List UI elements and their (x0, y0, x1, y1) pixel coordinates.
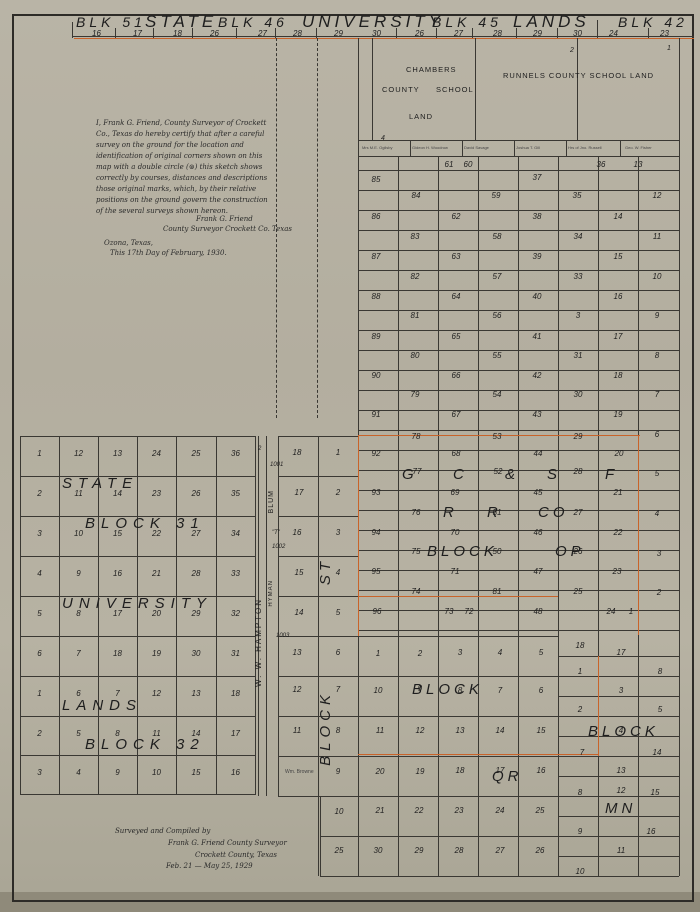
section-number: 12 (152, 690, 161, 698)
section-number: 24 (607, 608, 616, 616)
section-number: 14 (496, 727, 505, 735)
section-number: 24 (496, 807, 505, 815)
section-number: 20 (615, 450, 624, 458)
chambers-label-3: SCHOOL (436, 86, 474, 94)
section-number: 71 (451, 568, 460, 576)
section-number: 65 (452, 333, 461, 341)
section-number: 60 (464, 161, 473, 169)
section-number: 46 (534, 529, 543, 537)
grid-line (278, 556, 358, 557)
section-number: 35 (573, 192, 582, 200)
grid-line (358, 530, 679, 531)
header-lands: LANDS (513, 13, 590, 30)
grid-line (358, 630, 679, 631)
section-number: 4 (37, 570, 41, 578)
block-label: BLOCK 32 (85, 737, 205, 752)
section-number: 96 (373, 608, 382, 616)
section-number: 4 (76, 769, 80, 777)
section-number: 27 (496, 847, 505, 855)
grid-line (358, 330, 679, 331)
grid-line (598, 156, 599, 636)
grid-line (358, 490, 679, 491)
grid-line (358, 636, 558, 637)
section-number: 69 (451, 489, 460, 497)
section-number: 10 (576, 868, 585, 876)
section-number: 2 (578, 706, 582, 714)
header-section-number: 27 (454, 30, 463, 38)
grid-line (358, 250, 679, 251)
section-number: 7 (498, 687, 502, 695)
section-number: 29 (574, 433, 583, 441)
section-number: 18 (231, 690, 240, 698)
grid-line (358, 716, 558, 717)
corner-number: 1 (667, 45, 671, 52)
section-number: 2 (37, 490, 41, 498)
section-number: 20 (376, 768, 385, 776)
section-number: 15 (614, 253, 623, 261)
grid-line (358, 570, 679, 571)
section-number: 67 (452, 411, 461, 419)
section-number: 3 (37, 769, 41, 777)
header-university: UNIVERSITY (302, 13, 444, 30)
section-number: 13 (192, 690, 201, 698)
section-number: 10 (74, 530, 83, 538)
section-number: 18 (576, 642, 585, 650)
block-label: STATE (62, 476, 138, 491)
section-number: 11 (293, 727, 301, 735)
certificate-text: I, Frank G. Friend, County Surveyor of C… (96, 118, 272, 217)
section-number: 35 (231, 490, 240, 498)
grantee-name: Hrs of Jno. Russell (568, 146, 602, 150)
block-label: & (505, 467, 519, 482)
section-number: 36 (597, 161, 606, 169)
grid-line (358, 450, 679, 451)
section-number: 62 (452, 213, 461, 221)
section-number: 93 (372, 489, 381, 497)
section-number: 64 (452, 293, 461, 301)
section-number: 3 (619, 687, 623, 695)
section-number: 30 (374, 847, 383, 855)
grid-line (438, 156, 439, 636)
section-number: 21 (614, 489, 623, 497)
section-number: 18 (456, 767, 465, 775)
grid-line (566, 140, 567, 156)
grid-line (20, 436, 21, 794)
header-blk-45: BLK 45 (432, 15, 502, 29)
grantee-name: Mrs M.E. Ogilsby (362, 146, 392, 150)
section-number: 6 (655, 431, 659, 439)
section-number: 4 (498, 649, 502, 657)
grid-line (358, 290, 679, 291)
grid-line (320, 796, 560, 797)
grid-line (514, 140, 515, 156)
grid-line (278, 676, 358, 677)
section-number: 14 (653, 749, 662, 757)
section-number: 6 (539, 687, 543, 695)
grid-line (20, 556, 256, 557)
compiled-line-3: Crockett County, Texas (195, 850, 277, 861)
section-number: 9 (76, 570, 80, 578)
section-number: 28 (574, 468, 583, 476)
section-number: 25 (192, 450, 201, 458)
section-number: 83 (411, 233, 420, 241)
compiled-line-1: Surveyed and Compiled by (115, 826, 210, 837)
strip-number: 1003 (276, 633, 289, 639)
grid-line (358, 550, 679, 551)
header-section-number: 29 (334, 30, 343, 38)
grid-line (358, 756, 558, 757)
section-number: 13 (456, 727, 465, 735)
section-number: 15 (651, 789, 660, 797)
section-number: 94 (372, 529, 381, 537)
grid-line (20, 436, 256, 437)
section-number: 34 (574, 233, 583, 241)
grid-line (358, 410, 679, 411)
grid-line (358, 370, 679, 371)
header-blk-46: BLK 46 (218, 15, 288, 29)
section-number: 86 (372, 213, 381, 221)
section-number: 30 (574, 391, 583, 399)
grid-line (358, 596, 558, 597)
grid-line (438, 636, 439, 876)
section-number: 9 (115, 769, 119, 777)
block-label: R (487, 505, 502, 520)
section-number: 72 (465, 608, 474, 616)
section-number: 84 (412, 192, 421, 200)
section-number: 14 (295, 609, 304, 617)
grid-line (358, 510, 679, 511)
grid-line (358, 676, 558, 677)
section-number: 85 (372, 176, 381, 184)
block-label: C (453, 467, 468, 482)
grid-line (278, 436, 358, 437)
corner-number: 4 (381, 135, 385, 142)
section-number: 68 (452, 450, 461, 458)
section-number: 16 (537, 767, 546, 775)
grid-line (358, 350, 679, 351)
header-section-number: 27 (258, 30, 267, 38)
section-number: 2 (37, 730, 41, 738)
section-number: 7 (76, 650, 80, 658)
section-number: 3 (336, 529, 340, 537)
section-number: 18 (614, 372, 623, 380)
section-number: 16 (293, 529, 302, 537)
section-number: 76 (412, 509, 421, 517)
section-number: 33 (574, 273, 583, 281)
section-number: 11 (617, 847, 625, 855)
section-number: 9 (578, 828, 582, 836)
section-number: 21 (152, 570, 161, 578)
grid-line (558, 696, 679, 697)
grid-line (398, 636, 399, 876)
st-label: ST (318, 558, 333, 585)
section-number: 15 (192, 769, 201, 777)
section-number: 53 (493, 433, 502, 441)
section-number: 26 (536, 847, 545, 855)
hampton-label: W. W. HAMPTON (255, 598, 263, 687)
grid-line (278, 516, 358, 517)
section-number: 16 (113, 570, 122, 578)
grid-line (558, 836, 679, 837)
section-number: 37 (533, 174, 542, 182)
section-number: 92 (372, 450, 381, 458)
grid-line (266, 436, 267, 796)
section-number: 25 (335, 847, 344, 855)
grid-line (358, 230, 679, 231)
grid-line (216, 436, 217, 794)
section-number: 23 (152, 490, 161, 498)
section-number: 10 (335, 808, 344, 816)
section-number: 8 (578, 789, 582, 797)
section-number: 70 (451, 529, 460, 537)
grid-line (518, 156, 519, 636)
grid-line (320, 836, 560, 837)
block-label: BLOCK (427, 544, 498, 559)
grid-line (358, 390, 679, 391)
section-number: 5 (658, 706, 662, 714)
grid-line (278, 596, 358, 597)
header-section-number: 28 (493, 30, 502, 38)
grid-line (20, 794, 256, 795)
strip-number: 1002 (272, 544, 285, 550)
compiled-line-2: Frank G. Friend County Surveyor (168, 838, 287, 849)
grid-line (478, 636, 479, 876)
section-number: 7 (655, 391, 659, 399)
section-number: 21 (376, 807, 385, 815)
grid-line (558, 776, 679, 777)
section-number: 4 (655, 510, 659, 518)
section-number: 33 (231, 570, 240, 578)
section-number: 31 (574, 352, 583, 360)
section-number: 29 (415, 847, 424, 855)
section-number: 12 (653, 192, 662, 200)
section-number: 5 (655, 470, 659, 478)
grid-line (358, 754, 598, 755)
section-number: 81 (493, 588, 502, 596)
section-number: 7 (580, 749, 584, 757)
section-number: 2 (336, 489, 340, 497)
section-number: 2 (418, 650, 422, 658)
grantee-name: Gideon H. Woodrow (412, 146, 448, 150)
grid-line (278, 436, 279, 796)
header-section-number: 26 (415, 30, 424, 38)
header-state: STATE (145, 13, 217, 30)
section-number: 12 (74, 450, 83, 458)
section-number: 8 (658, 668, 662, 676)
section-number: 17 (231, 730, 240, 738)
section-number: 45 (534, 489, 543, 497)
grid-line (358, 270, 679, 271)
section-number: 19 (614, 411, 623, 419)
section-number: 1 (37, 690, 41, 698)
section-number: 13 (634, 161, 643, 169)
section-number: 3 (576, 312, 580, 320)
browne-label: Wm. Browne (285, 770, 314, 775)
section-number: 36 (231, 450, 240, 458)
section-number: 12 (416, 727, 425, 735)
section-number: 13 (617, 767, 626, 775)
section-number: 1 (37, 450, 41, 458)
section-number: 10 (152, 769, 161, 777)
section-number: 25 (536, 807, 545, 815)
section-number: 73 (445, 608, 454, 616)
section-number: 23 (613, 568, 622, 576)
section-number: 7 (336, 686, 340, 694)
section-number: 87 (372, 253, 381, 261)
header-section-number: 18 (173, 30, 182, 38)
section-number: 42 (533, 372, 542, 380)
section-number: 14 (614, 213, 623, 221)
hyman-label: HYMAN (268, 580, 274, 607)
section-number: 28 (192, 570, 201, 578)
grid-line (278, 636, 358, 637)
header-section-number: 17 (133, 30, 142, 38)
section-number: 56 (493, 312, 502, 320)
block-label: CO (538, 505, 569, 520)
grid-line (398, 156, 399, 636)
section-number: 10 (653, 273, 662, 281)
block-label: BLOCK 31 (85, 516, 205, 531)
chambers-label-1: CHAMBERS (406, 66, 457, 74)
section-number: 12 (293, 686, 302, 694)
grid-line (558, 856, 679, 857)
grid-line (558, 716, 679, 717)
section-number: 13 (293, 649, 302, 657)
corner-number: 2 (570, 47, 574, 54)
section-number: 11 (653, 233, 661, 241)
section-number: 75 (412, 548, 421, 556)
grid-line (598, 656, 599, 756)
strip-number: "T" (272, 530, 280, 536)
section-number: 78 (412, 433, 421, 441)
section-number: 44 (534, 450, 543, 458)
grid-line (558, 876, 679, 877)
section-number: 43 (533, 411, 542, 419)
grid-line (358, 170, 679, 171)
section-number: 8 (655, 352, 659, 360)
grid-line (358, 190, 679, 191)
section-number: 25 (574, 588, 583, 596)
grid-line (358, 210, 679, 211)
section-number: 3 (657, 550, 661, 558)
section-number: 16 (614, 293, 623, 301)
section-number: 34 (231, 530, 240, 538)
section-number: 5 (37, 610, 41, 618)
grid-line (358, 430, 679, 431)
section-number: 66 (452, 372, 461, 380)
section-number: 88 (372, 293, 381, 301)
grid-line (358, 310, 679, 311)
section-number: 95 (372, 568, 381, 576)
section-number: 3 (37, 530, 41, 538)
section-number: 17 (614, 333, 623, 341)
section-number: 2 (657, 589, 661, 597)
header-section-number: 16 (92, 30, 101, 38)
block-label: G (402, 467, 418, 482)
section-number: 31 (231, 650, 240, 658)
block-label: F (605, 467, 618, 482)
section-number: 30 (192, 650, 201, 658)
section-number: 57 (493, 273, 502, 281)
grid-line (679, 636, 680, 876)
grid-line (20, 716, 256, 717)
header-section-number: 24 (609, 30, 618, 38)
block-label: BLOCK (412, 682, 483, 697)
grid-line (558, 796, 679, 797)
section-number: 27 (574, 509, 583, 517)
header-blk-51: BLK 51 (76, 15, 146, 29)
section-number: 22 (614, 529, 623, 537)
section-number: 74 (412, 588, 421, 596)
section-number: 5 (76, 730, 80, 738)
section-number: 17 (617, 649, 626, 657)
grid-line (358, 590, 679, 591)
chambers-label-2: COUNTY (382, 86, 420, 94)
grid-line (558, 676, 679, 677)
section-number: 1 (336, 449, 340, 457)
section-number: 6 (37, 650, 41, 658)
header-blk-42: BLK 42 (618, 15, 688, 29)
grantee-name: Geo. W. Fisher (625, 146, 652, 150)
section-number: 52 (494, 468, 503, 476)
block-label: UNIVERSITY (62, 596, 212, 611)
grid-line (320, 876, 560, 877)
grid-line (20, 636, 256, 637)
block-vertical-label: BLOCK (318, 690, 333, 766)
section-number: 16 (231, 769, 240, 777)
survey-map: BLK 51 STATE BLK 46 UNIVERSITY BLK 45 LA… (0, 0, 700, 912)
grid-line (679, 156, 680, 636)
strip-number: 1001 (270, 462, 283, 468)
certificate-title: County Surveyor Crockett Co. Texas (163, 224, 292, 235)
section-number: 16 (647, 828, 656, 836)
section-number: 40 (533, 293, 542, 301)
grid-line (20, 755, 256, 756)
section-number: 54 (493, 391, 502, 399)
section-number: 41 (533, 333, 542, 341)
section-number: 39 (533, 253, 542, 261)
section-number: 61 (445, 161, 454, 169)
compiled-line-4: Feb. 21 — May 25, 1929 (166, 861, 253, 872)
section-number: 89 (372, 333, 381, 341)
grid-line (518, 636, 519, 876)
section-number: 13 (113, 450, 122, 458)
section-number: 48 (534, 608, 543, 616)
grid-line (462, 140, 463, 156)
section-number: 55 (493, 352, 502, 360)
grantee-name: Joshua T. Gill (516, 146, 540, 150)
header-section-number: 30 (573, 30, 582, 38)
section-number: 79 (411, 391, 420, 399)
block-label: OP (555, 544, 585, 559)
section-number: 9 (655, 312, 659, 320)
block-label: BLOCK (588, 724, 659, 739)
section-number: 22 (415, 807, 424, 815)
grid-line (558, 156, 559, 636)
section-number: 10 (374, 687, 383, 695)
grid-line (620, 140, 621, 156)
block-label: S (547, 467, 561, 482)
section-number: 81 (411, 312, 420, 320)
grantee-name: David Savage (464, 146, 489, 150)
block-label: LANDS (62, 698, 142, 713)
section-number: 91 (372, 411, 381, 419)
section-number: 15 (295, 569, 304, 577)
section-number: 90 (372, 372, 381, 380)
section-number: 3 (458, 649, 462, 657)
section-number: 1 (578, 668, 582, 676)
grid-line (20, 676, 256, 677)
